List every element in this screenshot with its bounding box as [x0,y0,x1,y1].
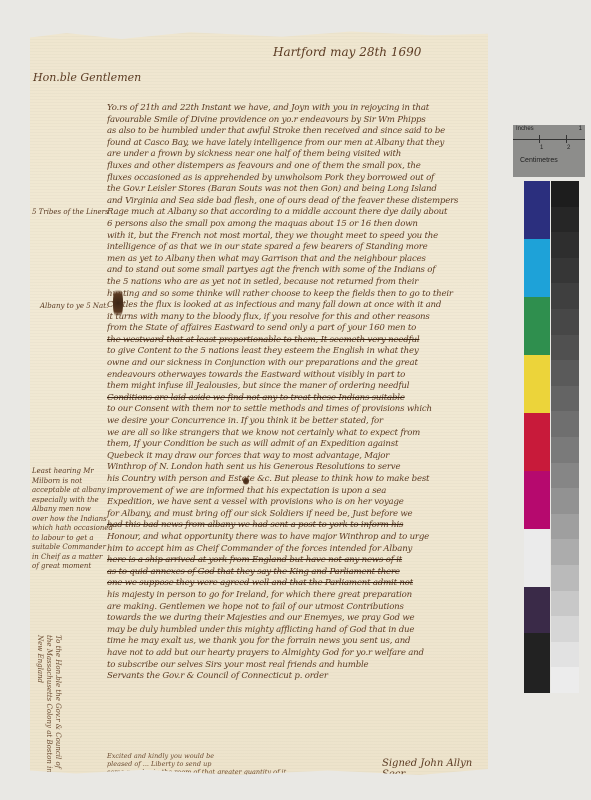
dateline: Hartford may 28th 1690 [273,45,421,59]
gray-step [551,232,579,258]
letter-line: endeavours otherwayes towards the Eastwa… [107,370,479,382]
letter-line: and Virginia and Sea side bad flesh, one… [107,196,479,208]
letter-line: had this bad news from albany we had sen… [107,520,479,532]
ruler-line [513,139,585,140]
letter-line: we are all so like strangers that we kno… [107,428,479,440]
letter-line: men as yet to Albany then what may Garri… [107,254,479,266]
postscript-line: Excited and kindly you would be [107,752,288,760]
color-patch-black [524,633,550,693]
ruler-tick [539,135,540,143]
letter-line: found at Casco Bay, we have lately intel… [107,138,479,150]
letter-line: Castles the flux is looked at as infecti… [107,300,479,312]
inch-mark: 1 [579,126,582,132]
signature: Signed John Allyn Secr. [382,758,488,780]
letter-line: 6 persons also the small pox among the m… [107,219,479,231]
letter-line: the 5 nations who are as yet not in setl… [107,277,479,289]
margin-note-albany: Albany to ye 5 Nat. [40,302,108,312]
letter-line: from the State of affaires Eastward to s… [107,323,479,335]
letter-line: owne and our sickness in Conjunction wit… [107,358,479,370]
color-patch-three-quarter-tone [524,587,550,633]
centimetres-label: Centimetres [520,157,558,164]
letter-line: Conditions are laid aside we find not an… [107,393,479,405]
gray-step [551,207,579,233]
letter-line: Yo.rs of 21th and 22th Instant we have, … [107,103,479,115]
letter-line: have not to add but our hearty prayers t… [107,648,479,660]
cm-mark-2: 2 [567,145,570,151]
color-patch-blue [524,181,550,239]
margin-note-tribes: 5 Tribes of the Liners [32,208,109,218]
gray-step [551,539,579,565]
letter-line: Servants the Gov.r & Council of Connecti… [107,671,479,683]
margin-note-line: to labour to get a [32,534,113,544]
postscript-line: pleased of ... Liberty to send up [107,760,288,768]
margin-note-line: Milborn is not [32,477,113,487]
letter-line: may be duly humbled under this mighty af… [107,625,479,637]
margin-note-line: over how the Indians [32,515,113,525]
letter-line: Honour, and what opportunity there was t… [107,532,479,544]
gray-step [551,514,579,540]
letter-line: towards the we during their Majesties an… [107,613,479,625]
gray-step [551,386,579,412]
postscript-line: some powder in the room of that greater … [107,768,288,776]
salutation: Hon.ble Gentlemen [33,71,141,84]
letter-line: Quebeck it may draw our forces that way … [107,451,479,463]
letter-line: to give Content to the 5 nations least t… [107,346,479,358]
gray-step [551,488,579,514]
gray-step [551,335,579,361]
letter-line: hunting and so some thinke will rather c… [107,289,479,301]
cm-mark-1: 1 [540,145,543,151]
letter-line: we desire your Concurrence in. If you th… [107,416,479,428]
gray-step [551,437,579,463]
letter-line: his Country with person and Estate &c. B… [107,474,479,486]
letter-line: are under a frown by sickness near one h… [107,149,479,161]
color-patch-strip [524,181,550,693]
letter-line: are making. Gentlemen we hope not to fai… [107,602,479,614]
letter-line: as also to be humbled under that awful S… [107,126,479,138]
ink-blot [113,287,123,319]
letter-line: fluxes occasioned as is apprehended by u… [107,173,479,185]
letter-line: it turns with many to the bloody flux, i… [107,312,479,324]
letter-line: one we suppose they were agreed well and… [107,578,479,590]
letter-line: time he may exalt us, we thank you for t… [107,636,479,648]
postscript-note: Excited and kindly you would bepleased o… [107,752,288,776]
endorsement-line: To the Hon.ble the Gov.r & Council of [53,635,62,775]
letter-line: to subscribe our selves Sirs your most r… [107,660,479,672]
letter-line: the Gov.r Leisler Stores (Baran Souts wa… [107,184,479,196]
letter-line: the westward that at least proportionabl… [107,335,479,347]
letter-body: Yo.rs of 21th and 22th Instant we have, … [107,103,479,683]
gray-step [551,309,579,335]
margin-note-line: Albany men now [32,505,113,515]
letter-line: them might infuse ill Jealousies, but si… [107,381,479,393]
gray-step [551,258,579,284]
letter-line: Winthrop of N. London hath sent us his G… [107,462,479,474]
color-patch-white [524,529,550,587]
gray-step [551,411,579,437]
gray-step [551,667,579,693]
gray-step [551,181,579,207]
gray-step [551,360,579,386]
gray-step [551,642,579,668]
margin-note-line: in Cheif as a matter [32,553,113,563]
letter-line: fluxes and other distempers as feavours … [107,161,479,173]
letter-line: intelligence of as that we in our state … [107,242,479,254]
measurement-scale: Inches 1 1 2 Centimetres [513,125,585,177]
gray-step [551,616,579,642]
manuscript-letter: Hartford may 28th 1690 Hon.ble Gentlemen… [30,30,488,775]
margin-note-line: especially with the [32,496,113,506]
endorsement-line: the Massachusetts Colony at Boston in [44,635,53,775]
letter-line: with it, but the French not most mortal,… [107,231,479,243]
letter-line: to our Consent with them nor to settle m… [107,404,479,416]
gray-step [551,565,579,591]
ruler-tick [566,135,567,143]
letter-line: Rage much at Albany so that according to… [107,207,479,219]
color-patch-magenta [524,471,550,529]
color-patch-red [524,413,550,471]
margin-note-line: of great moment [32,562,113,572]
gray-step [551,283,579,309]
margin-note-commander: Least hearing MrMilborn is notacceptable… [32,467,113,572]
color-patch-cyan [524,239,550,297]
endorsement-vertical: To the Hon.ble the Gov.r & Council ofthe… [35,635,62,775]
letter-line: improvement of we are informed that his … [107,486,479,498]
color-patch-yellow [524,355,550,413]
letter-line: favourable Smile of Divine providence on… [107,115,479,127]
letter-line: his majesty in person to go for Ireland,… [107,590,479,602]
letter-line: and to stand out some small partyes agt … [107,265,479,277]
gray-step [551,463,579,489]
letter-line: here is a ship arrived at york from Engl… [107,555,479,567]
margin-note-line: Least hearing Mr [32,467,113,477]
color-patch-green [524,297,550,355]
grayscale-strip [551,181,579,693]
gray-step [551,591,579,617]
letter-line: as to quid annexes of God that they say … [107,567,479,579]
letter-line: for Albany, and must bring off our sick … [107,509,479,521]
margin-note-line: suitable Commander [32,543,113,553]
letter-line: them, If your Condition be such as will … [107,439,479,451]
margin-note-line: acceptable at albany [32,486,113,496]
endorsement-line: New England [35,635,44,775]
inches-label: Inches [516,126,534,132]
margin-note-line: which hath occasioned [32,524,113,534]
ink-blot [243,477,249,485]
letter-line: him to accept him as Cheif Commander of … [107,544,479,556]
letter-line: Expedition, we have sent a vessel with p… [107,497,479,509]
